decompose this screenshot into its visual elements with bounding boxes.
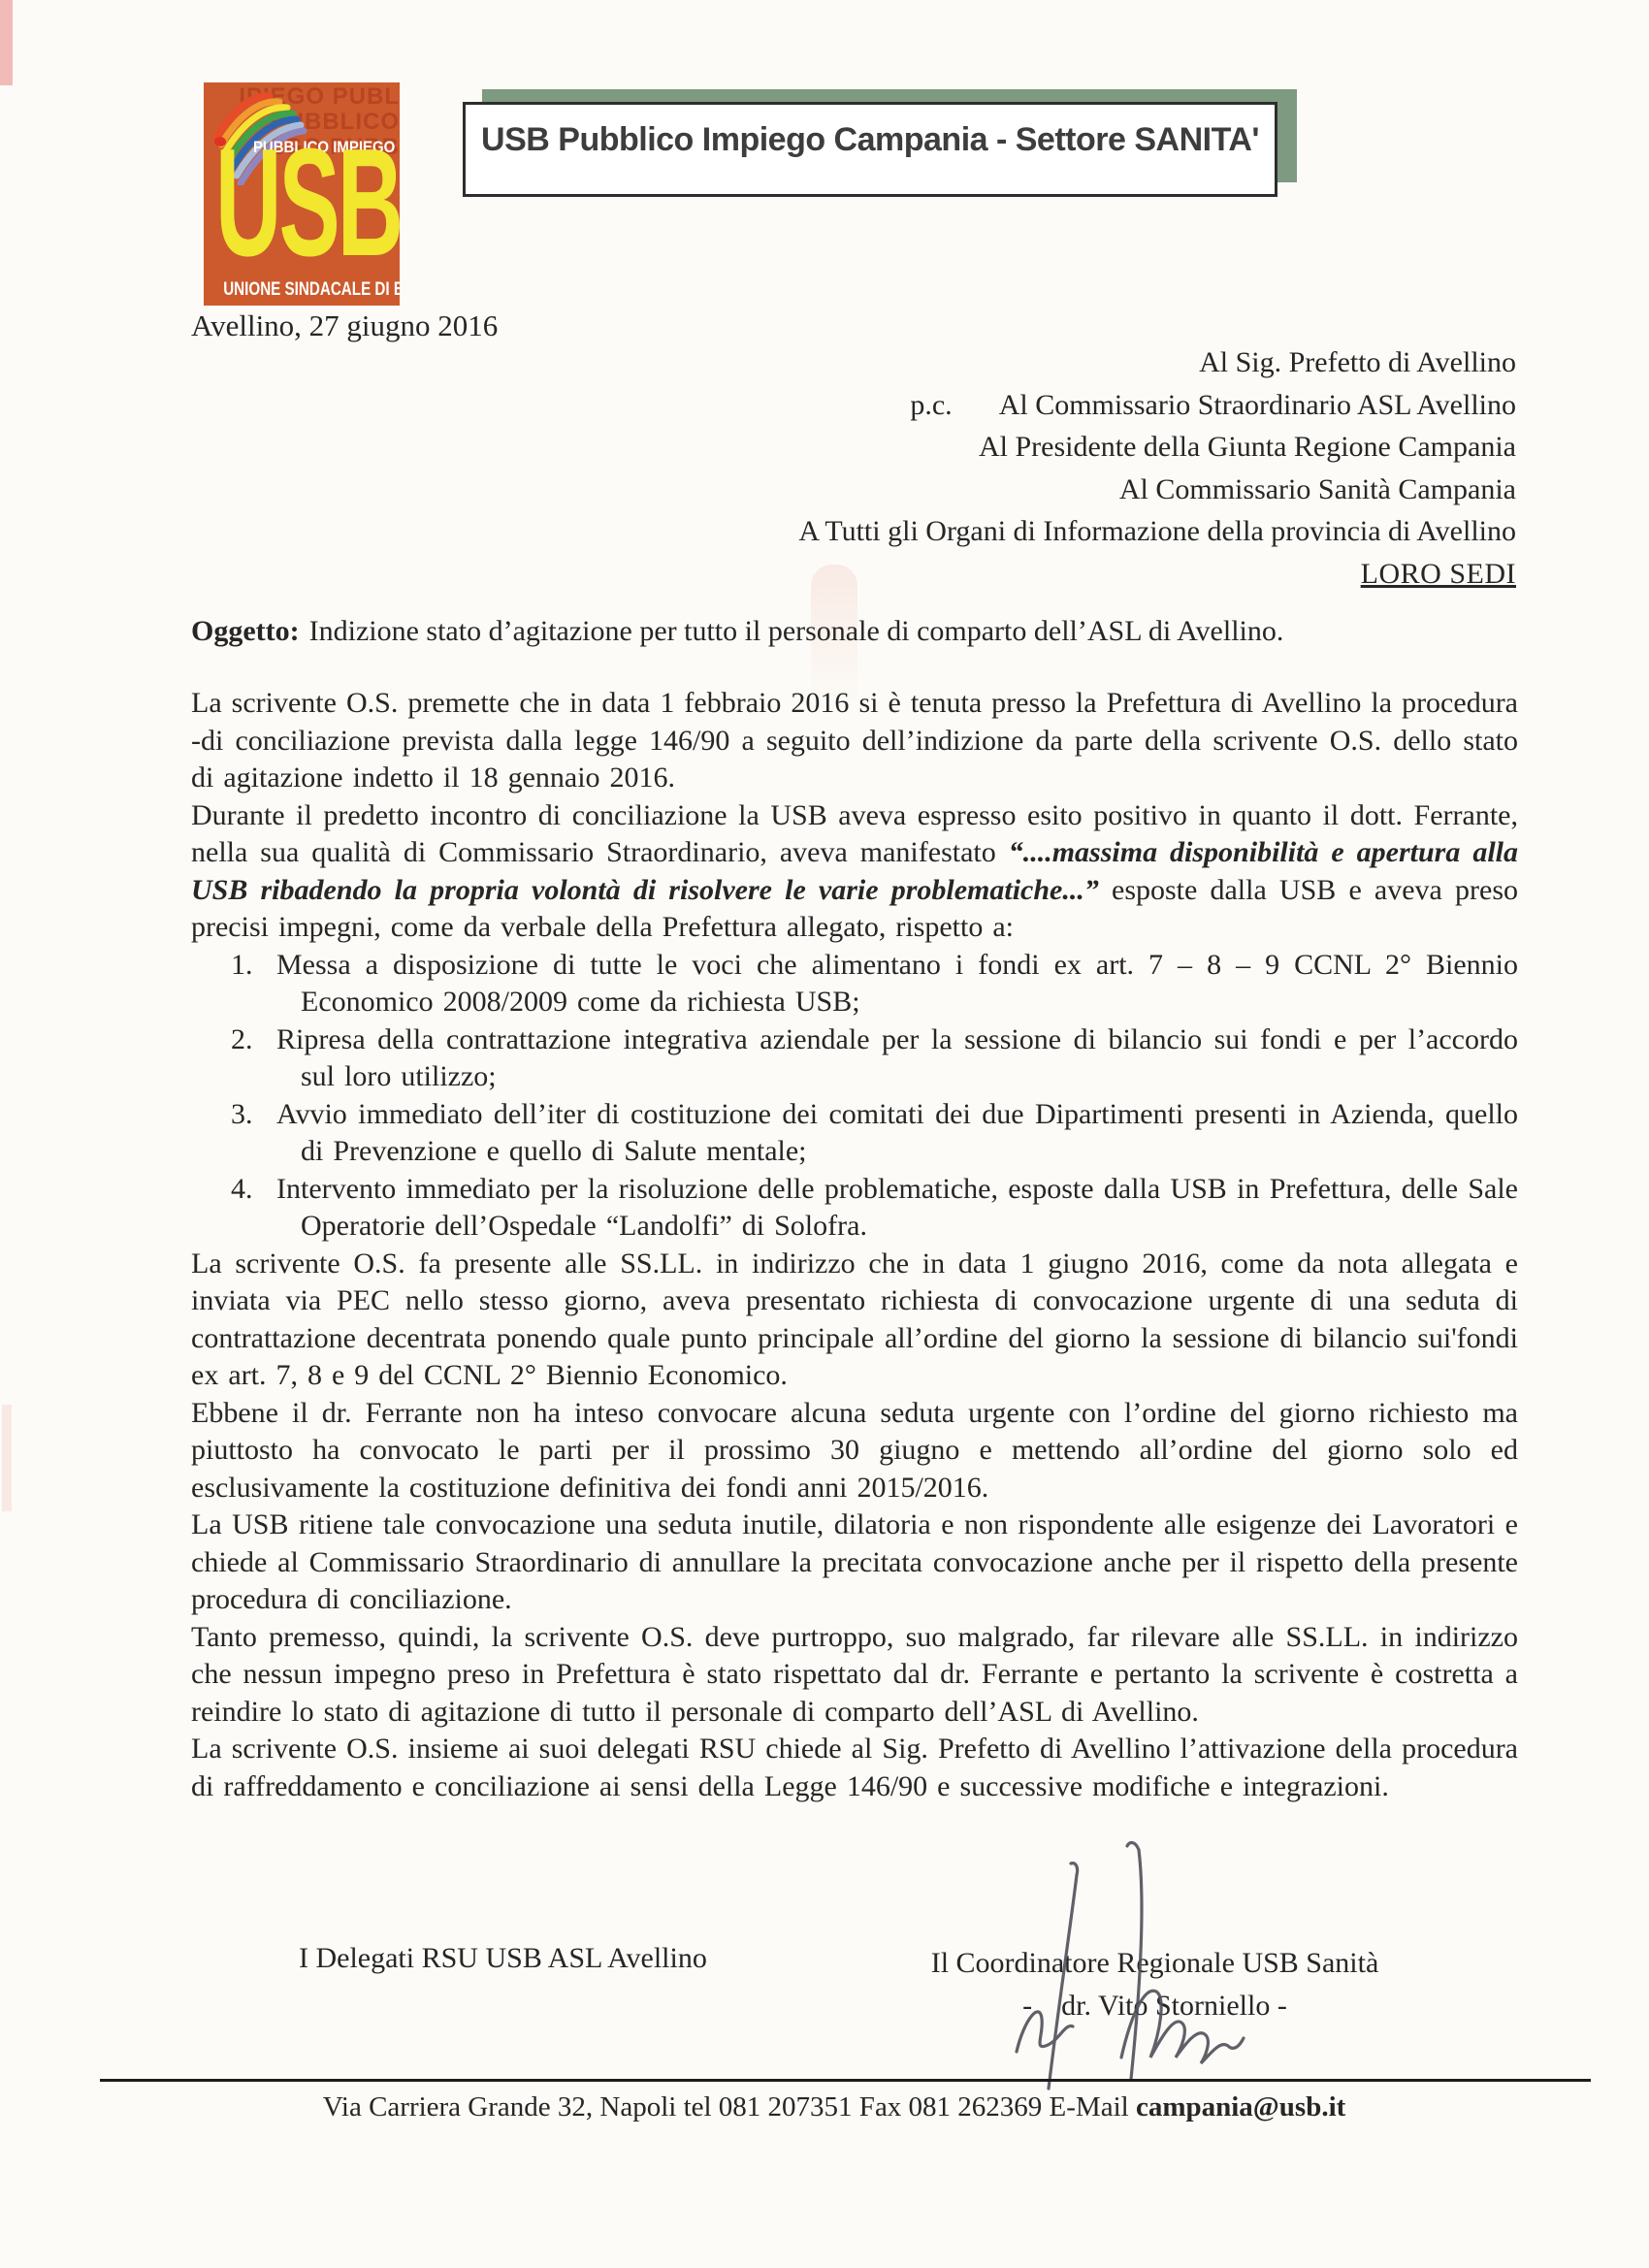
paragraph: La scrivente O.S. fa presente alle SS.LL… xyxy=(191,1246,1518,1395)
letterhead-title-box: USB Pubblico Impiego Campania - Settore … xyxy=(463,102,1277,197)
subject-line: Oggetto:Indizione stato d’agitazione per… xyxy=(191,615,1518,648)
date-line: Avellino, 27 giugno 2016 xyxy=(191,308,498,343)
recipient-line: p.c.Al Commissario Straordinario ASL Ave… xyxy=(388,384,1516,427)
pc-prefix: p.c. xyxy=(910,389,952,421)
recipient-line: Al Sig. Prefetto di Avellino xyxy=(388,341,1516,384)
letter-body: La scrivente O.S. premette che in data 1… xyxy=(191,685,1518,1805)
footer-email: campania@usb.it xyxy=(1136,2091,1345,2122)
scan-artifact xyxy=(0,0,13,85)
footer-divider xyxy=(100,2079,1591,2082)
list-item: 1.Messa a disposizione di tutte le voci … xyxy=(191,947,1518,1021)
signature-left: I Delegati RSU USB ASL Avellino xyxy=(299,1942,707,1975)
recipient-closing: LORO SEDI xyxy=(388,553,1516,596)
paragraph: La scrivente O.S. insieme ai suoi delega… xyxy=(191,1731,1518,1805)
list-item: 4.Intervento immediato per la risoluzion… xyxy=(191,1171,1518,1246)
recipient-line: Al Commissario Sanità Campania xyxy=(388,469,1516,511)
paragraph: Ebbene il dr. Ferrante non ha inteso con… xyxy=(191,1395,1518,1507)
list-item: 3.Avvio immediato dell’iter di costituzi… xyxy=(191,1096,1518,1171)
paragraph: La scrivente O.S. premette che in data 1… xyxy=(191,685,1518,797)
list-item: 2.Ripresa della contrattazione integrati… xyxy=(191,1021,1518,1096)
usb-logo: IPIEGO PUBL PUBBLICO IEGO PUBB PUBBLICO … xyxy=(204,82,400,306)
subject-text: Indizione stato d’agitazione per tutto i… xyxy=(309,615,1284,647)
scan-artifact xyxy=(2,1405,12,1511)
paragraph: Tanto premesso, quindi, la scrivente O.S… xyxy=(191,1619,1518,1732)
scanned-letter-page: IPIEGO PUBL PUBBLICO IEGO PUBB PUBBLICO … xyxy=(0,0,1649,2268)
logo-brand-text: USB xyxy=(215,141,400,267)
handwritten-signature xyxy=(931,1838,1339,2100)
footer-contact-line: Via Carriera Grande 32, Napoli tel 081 2… xyxy=(58,2091,1610,2123)
letterhead-title: USB Pubblico Impiego Campania - Settore … xyxy=(481,121,1259,159)
recipient-block: Al Sig. Prefetto di Avellino p.c.Al Comm… xyxy=(388,341,1516,595)
paragraph: Durante il predetto incontro di concilia… xyxy=(191,797,1518,947)
subject-label: Oggetto: xyxy=(191,615,300,647)
recipient-line: A Tutti gli Organi di Informazione della… xyxy=(388,510,1516,553)
footer-address: Via Carriera Grande 32, Napoli tel 081 2… xyxy=(323,2091,1136,2122)
logo-tagline-bottom: UNIONE SINDACALE DI BASE xyxy=(223,279,380,301)
recipient-line: Al Presidente della Giunta Regione Campa… xyxy=(388,426,1516,469)
paragraph: La USB ritiene tale convocazione una sed… xyxy=(191,1507,1518,1619)
